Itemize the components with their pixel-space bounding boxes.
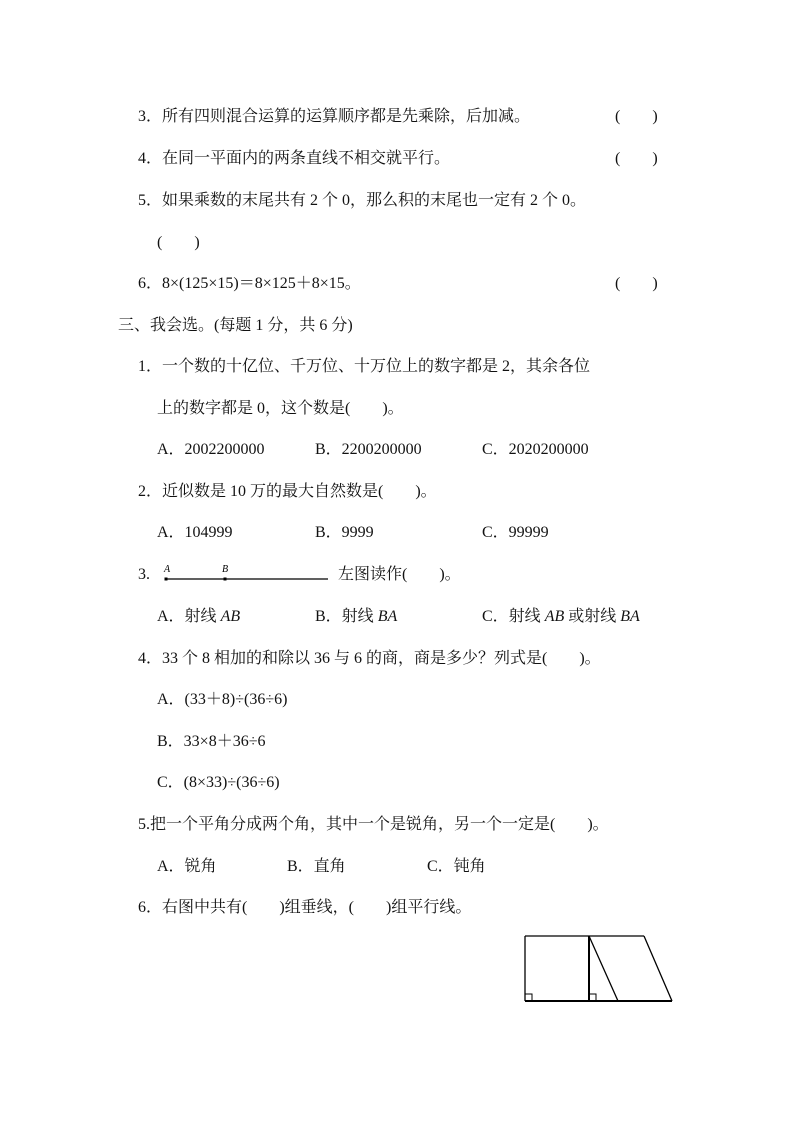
option-b[interactable]: B．2200200000 [315, 440, 422, 460]
item-text: 8×(125×15)＝8×125＋8×15。 [162, 275, 361, 292]
question-text: 右图中共有( )组垂线，( )组平行线。 [162, 899, 471, 916]
choice-question-6: 6．右图中共有( )组垂线，( )组平行线。 [138, 898, 471, 918]
answer-blank[interactable]: ( ) [157, 233, 200, 253]
perpendicular-parallel-figure [520, 930, 680, 1010]
item-text: 在同一平面内的两条直线不相交就平行。 [162, 150, 450, 167]
question-number: 2． [138, 483, 162, 500]
judge-item-4: 4．在同一平面内的两条直线不相交就平行。 [138, 149, 450, 169]
judge-item-3: 3．所有四则混合运算的运算顺序都是先乘除，后加减。 [138, 107, 530, 127]
item-number: 6． [138, 275, 162, 292]
option-a[interactable]: A．2002200000 [157, 440, 265, 460]
answer-blank[interactable]: ( ) [615, 149, 658, 169]
choice-question-5: 5.把一个平角分成两个角，其中一个是锐角，另一个一定是( )。 [138, 815, 609, 835]
judge-item-6: 6．8×(125×15)＝8×125＋8×15。 [138, 274, 361, 294]
option-c[interactable]: C．射线 AB 或射线 BA [482, 607, 640, 627]
choice-question-2: 2．近似数是 10 万的最大自然数是( )。 [138, 482, 437, 502]
question-number: 6． [138, 899, 162, 916]
question-text: 左图读作( )。 [338, 565, 461, 585]
option-c[interactable]: C．(8×33)÷(36÷6) [157, 773, 280, 793]
judge-item-5: 5．如果乘数的末尾共有 2 个 0，那么积的末尾也一定有 2 个 0。 [138, 191, 586, 211]
option-b[interactable]: B．9999 [315, 523, 374, 543]
item-text: 所有四则混合运算的运算顺序都是先乘除，后加减。 [162, 108, 530, 125]
choice-question-4: 4．33 个 8 相加的和除以 36 与 6 的商，商是多少？列式是( )。 [138, 649, 601, 669]
item-number: 3． [138, 108, 162, 125]
question-text: 33 个 8 相加的和除以 36 与 6 的商，商是多少？列式是( )。 [162, 650, 601, 667]
option-a[interactable]: A．锐角 [157, 857, 217, 877]
item-number: 4． [138, 150, 162, 167]
answer-blank[interactable]: ( ) [615, 107, 658, 127]
option-c[interactable]: C．99999 [482, 523, 549, 543]
ray-figure: A B [155, 558, 335, 588]
option-a[interactable]: A．射线 AB [157, 607, 240, 627]
question-number: 1． [138, 358, 162, 375]
item-text: 如果乘数的末尾共有 2 个 0，那么积的末尾也一定有 2 个 0。 [162, 192, 586, 209]
option-b[interactable]: B．射线 BA [315, 607, 397, 627]
option-a[interactable]: A．104999 [157, 523, 233, 543]
question-number: 5. [138, 816, 150, 833]
option-b[interactable]: B．直角 [287, 857, 346, 877]
question-number: 4． [138, 650, 162, 667]
choice-question-3-number: 3. [138, 565, 150, 585]
option-b[interactable]: B．33×8＋36÷6 [157, 732, 265, 752]
point-b-label: B [222, 564, 228, 575]
choice-question-1: 1．一个数的十亿位、千万位、十万位上的数字都是 2，其余各位 [138, 357, 590, 377]
item-number: 5． [138, 192, 162, 209]
question-text: 一个数的十亿位、千万位、十万位上的数字都是 2，其余各位 [162, 358, 590, 375]
question-text: 近似数是 10 万的最大自然数是( )。 [162, 483, 437, 500]
section-heading: 三、我会选。(每题 1 分，共 6 分) [118, 316, 353, 336]
option-c[interactable]: C．2020200000 [482, 440, 589, 460]
question-text: 把一个平角分成两个角，其中一个是锐角，另一个一定是( )。 [150, 816, 609, 833]
point-a-label: A [163, 564, 171, 575]
option-a[interactable]: A．(33＋8)÷(36÷6) [157, 690, 287, 710]
question-text-continued: 上的数字都是 0，这个数是( )。 [157, 399, 404, 419]
option-c[interactable]: C．钝角 [427, 857, 486, 877]
answer-blank[interactable]: ( ) [615, 274, 658, 294]
